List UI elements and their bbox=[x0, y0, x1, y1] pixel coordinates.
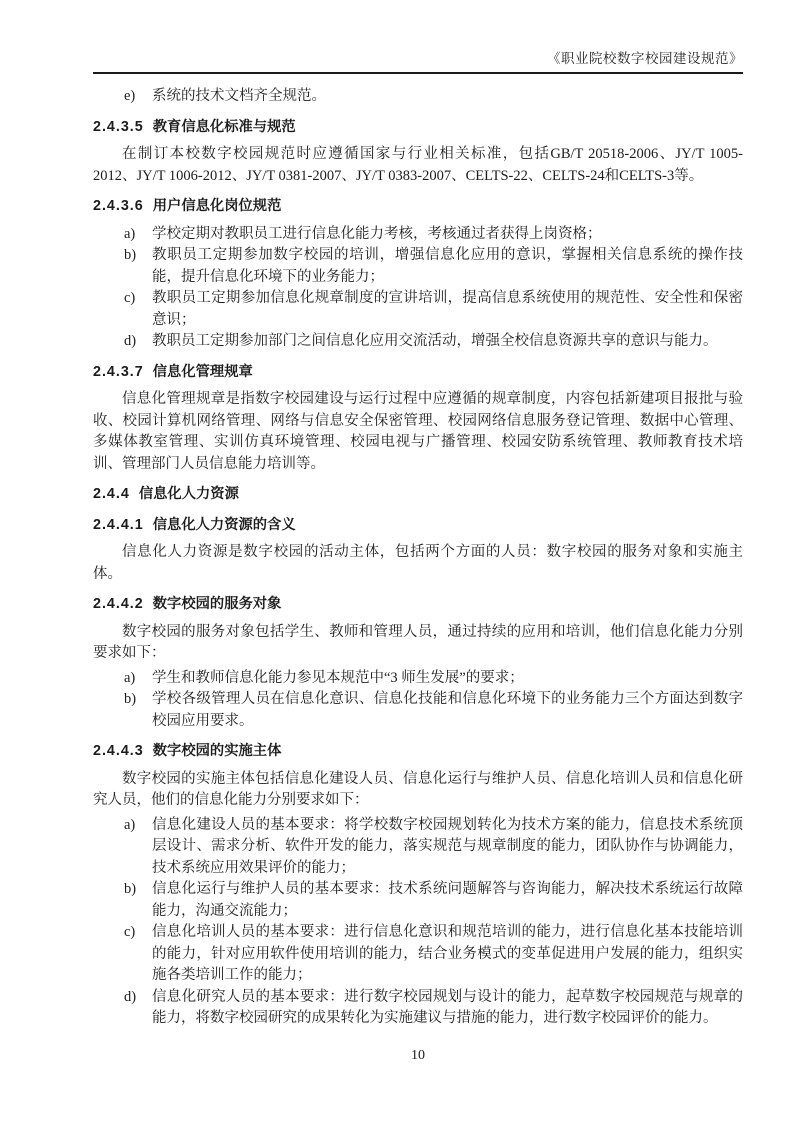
document-page: 《职业院校数字校园建设规范》 e)系统的技术文档齐全规范。2.4.3.5教育信息… bbox=[0, 0, 793, 1122]
header-rule bbox=[93, 72, 743, 74]
list-item: e)系统的技术文档齐全规范。 bbox=[93, 86, 743, 108]
list-item-text: 学校各级管理人员在信息化意识、信息化技能和信息化环境下的业务能力三个方面达到数字… bbox=[152, 691, 743, 729]
page-header: 《职业院校数字校园建设规范》 bbox=[93, 50, 743, 74]
list-item-text: 系统的技术文档齐全规范。 bbox=[152, 88, 326, 104]
list-item-text: 信息化建设人员的基本要求：将学校数字校园规划转化为技术方案的能力，信息技术系统顶… bbox=[152, 817, 743, 876]
page-footer: 10 bbox=[93, 1048, 743, 1064]
list-item-text: 学校定期对教职员工进行信息化能力考核，考核通过者获得上岗资格； bbox=[152, 226, 602, 242]
paragraph: 数字校园的服务对象包括学生、教师和管理人员，通过持续的应用和培训，他们信息化能力… bbox=[93, 622, 743, 665]
list: a)信息化建设人员的基本要求：将学校数字校园规划转化为技术方案的能力，信息技术系… bbox=[93, 815, 743, 1030]
list-item-text: 教职员工定期参加信息化规章制度的宣讲培训，提高信息系统使用的规范性、安全性和保密… bbox=[152, 290, 743, 328]
list-item: b)学校各级管理人员在信息化意识、信息化技能和信息化环境下的业务能力三个方面达到… bbox=[93, 689, 743, 732]
heading-title: 教育信息化标准与规范 bbox=[153, 119, 296, 135]
list-item: c)信息化培训人员的基本要求：进行信息化意识和规范培训的能力，进行信息化基本技能… bbox=[93, 922, 743, 987]
section-heading: 2.4.3.6用户信息化岗位规范 bbox=[93, 196, 743, 218]
list-item-marker: c) bbox=[124, 922, 135, 944]
section-heading: 2.4.3.7信息化管理规章 bbox=[93, 362, 743, 384]
heading-number: 2.4.4.1 bbox=[93, 517, 144, 533]
list-item-marker: b) bbox=[124, 689, 136, 711]
header-title: 《职业院校数字校园建设规范》 bbox=[93, 50, 743, 68]
list-item: d)信息化研究人员的基本要求：进行数字校园规划与设计的能力，起草数字校园规范与规… bbox=[93, 987, 743, 1030]
section-heading: 2.4.4信息化人力资源 bbox=[93, 484, 743, 506]
list-item-text: 信息化运行与维护人员的基本要求：技术系统问题解答与咨询能力，解决技术系统运行故障… bbox=[152, 881, 743, 919]
list-item-marker: a) bbox=[124, 815, 135, 837]
section-heading: 2.4.4.1信息化人力资源的含义 bbox=[93, 515, 743, 537]
list-item: d)教职员工定期参加部门之间信息化应用交流活动，增强全校信息资源共享的意识与能力… bbox=[93, 331, 743, 353]
document-body: e)系统的技术文档齐全规范。2.4.3.5教育信息化标准与规范在制订本校数字校园… bbox=[93, 86, 743, 1030]
list-item-text: 教职员工定期参加部门之间信息化应用交流活动，增强全校信息资源共享的意识与能力。 bbox=[152, 333, 718, 349]
paragraph: 信息化人力资源是数字校园的活动主体，包括两个方面的人员：数字校园的服务对象和实施… bbox=[93, 542, 743, 585]
heading-number: 2.4.4 bbox=[93, 486, 130, 502]
list-item: a)信息化建设人员的基本要求：将学校数字校园规划转化为技术方案的能力，信息技术系… bbox=[93, 815, 743, 880]
list-item: c)教职员工定期参加信息化规章制度的宣讲培训，提高信息系统使用的规范性、安全性和… bbox=[93, 288, 743, 331]
list-item-marker: d) bbox=[124, 987, 136, 1009]
list-item-marker: b) bbox=[124, 879, 136, 901]
paragraph: 信息化管理规章是指数字校园建设与运行过程中应遵循的规章制度，内容包括新建项目报批… bbox=[93, 389, 743, 475]
section-heading: 2.4.4.2数字校园的服务对象 bbox=[93, 594, 743, 616]
list-item-marker: c) bbox=[124, 288, 135, 310]
list-item: a)学校定期对教职员工进行信息化能力考核，考核通过者获得上岗资格； bbox=[93, 224, 743, 246]
list-item: a)学生和教师信息化能力参见本规范中“3 师生发展”的要求； bbox=[93, 668, 743, 690]
section-heading: 2.4.3.5教育信息化标准与规范 bbox=[93, 117, 743, 139]
list: a)学生和教师信息化能力参见本规范中“3 师生发展”的要求；b)学校各级管理人员… bbox=[93, 668, 743, 733]
list-item-text: 学生和教师信息化能力参见本规范中“3 师生发展”的要求； bbox=[152, 670, 524, 686]
list-item-text: 信息化培训人员的基本要求：进行信息化意识和规范培训的能力，进行信息化基本技能培训… bbox=[152, 924, 743, 983]
heading-title: 数字校园的实施主体 bbox=[153, 743, 282, 759]
heading-title: 用户信息化岗位规范 bbox=[153, 198, 282, 214]
heading-title: 信息化人力资源 bbox=[139, 486, 239, 502]
heading-number: 2.4.3.7 bbox=[93, 364, 144, 380]
list-item-text: 教职员工定期参加数字校园的培训，增强信息化应用的意识，掌握相关信息系统的操作技能… bbox=[152, 247, 743, 285]
list-item-marker: b) bbox=[124, 245, 136, 267]
heading-title: 数字校园的服务对象 bbox=[153, 596, 282, 612]
list-item-text: 信息化研究人员的基本要求：进行数字校园规划与设计的能力，起草数字校园规范与规章的… bbox=[152, 989, 743, 1027]
list-item: b)信息化运行与维护人员的基本要求：技术系统问题解答与咨询能力，解决技术系统运行… bbox=[93, 879, 743, 922]
heading-title: 信息化人力资源的含义 bbox=[153, 517, 296, 533]
list-item-marker: a) bbox=[124, 224, 135, 246]
heading-number: 2.4.4.2 bbox=[93, 596, 144, 612]
list-item-marker: a) bbox=[124, 668, 135, 690]
page-number: 10 bbox=[93, 1048, 743, 1064]
list-item-marker: e) bbox=[124, 86, 135, 108]
list: e)系统的技术文档齐全规范。 bbox=[93, 86, 743, 108]
paragraph: 数字校园的实施主体包括信息化建设人员、信息化运行与维护人员、信息化培训人员和信息… bbox=[93, 769, 743, 812]
paragraph: 在制订本校数字校园规范时应遵循国家与行业相关标准，包括GB/T 20518-20… bbox=[93, 144, 743, 187]
list-item: b)教职员工定期参加数字校园的培训，增强信息化应用的意识，掌握相关信息系统的操作… bbox=[93, 245, 743, 288]
list: a)学校定期对教职员工进行信息化能力考核，考核通过者获得上岗资格；b)教职员工定… bbox=[93, 224, 743, 353]
heading-number: 2.4.3.5 bbox=[93, 119, 144, 135]
heading-number: 2.4.3.6 bbox=[93, 198, 144, 214]
section-heading: 2.4.4.3数字校园的实施主体 bbox=[93, 741, 743, 763]
heading-number: 2.4.4.3 bbox=[93, 743, 144, 759]
heading-title: 信息化管理规章 bbox=[153, 364, 253, 380]
list-item-marker: d) bbox=[124, 331, 136, 353]
